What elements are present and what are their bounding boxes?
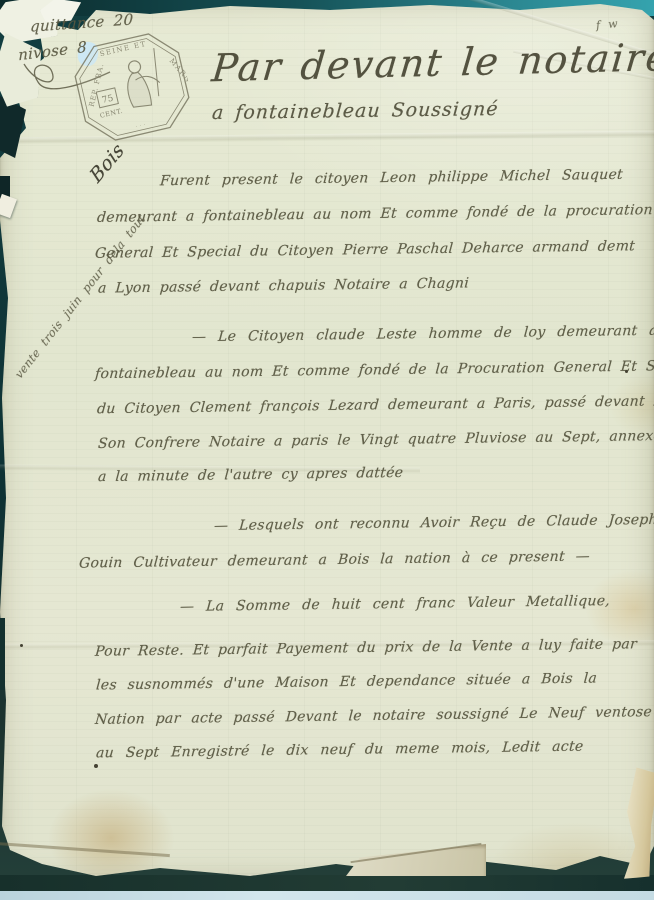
- faint-pencil-mark: f w: [595, 17, 618, 32]
- ink-spot: [625, 370, 628, 373]
- document-photo: quittance 20 nivose 8 f w 75 CENT. REP. …: [0, 0, 654, 900]
- ink-spot: [94, 764, 98, 768]
- torn-gap: [0, 618, 5, 690]
- ink-spot: [20, 644, 23, 647]
- background-bottom-shadow: [0, 875, 654, 891]
- document-subtitle: a fontainebleau Soussigné: [211, 98, 499, 124]
